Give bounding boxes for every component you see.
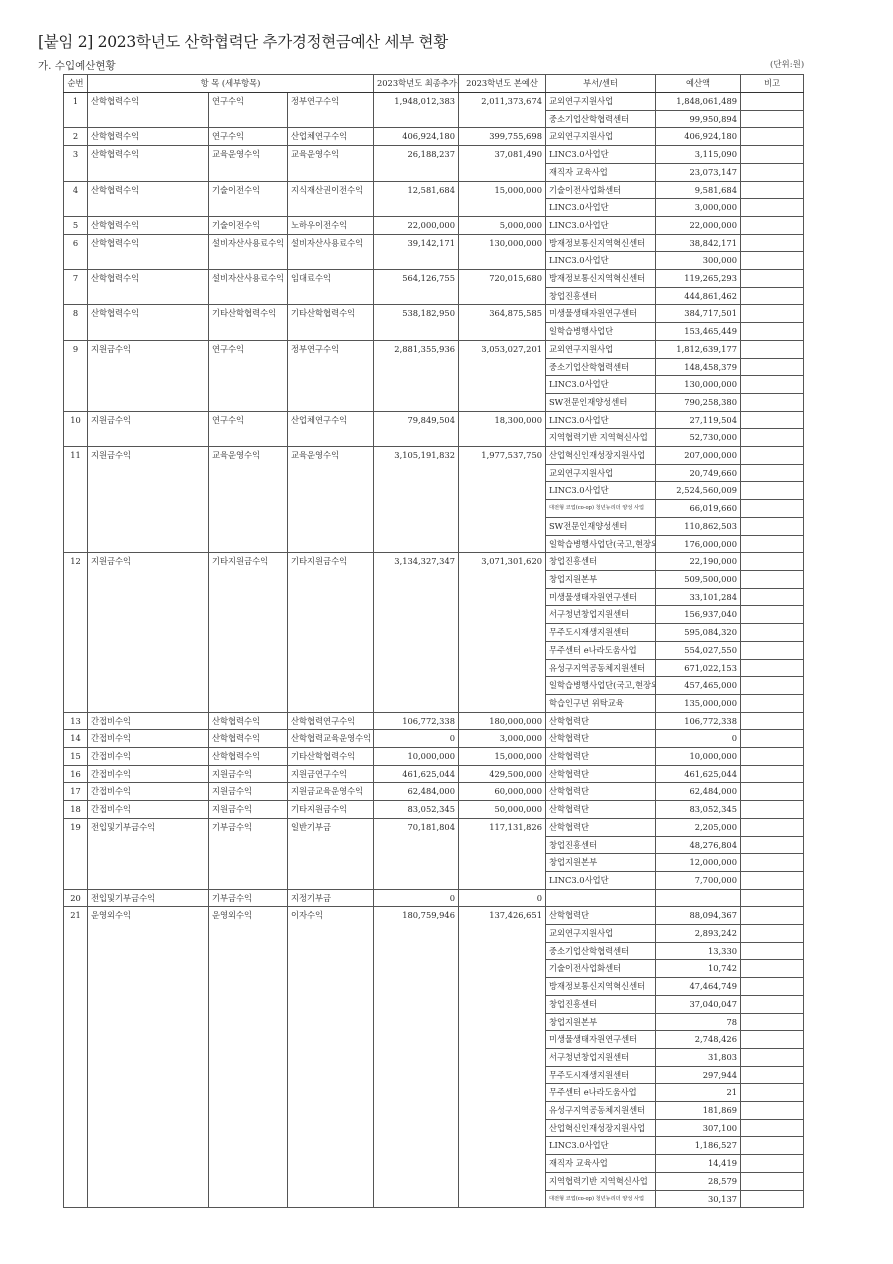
row-number: 18 [64, 801, 88, 819]
amount-cell: 31,803 [656, 1048, 741, 1066]
final-budget-cell: 70,181,804 [374, 818, 459, 889]
amount-cell: 12,000,000 [656, 854, 741, 872]
amount-cell: 38,842,171 [656, 234, 741, 252]
amount-cell: 28,579 [656, 1172, 741, 1190]
note-cell [741, 535, 804, 553]
detail-item-cell: 임대료수익 [288, 270, 374, 305]
amount-cell: 10,742 [656, 960, 741, 978]
dept-cell: SW전문인재양성센터 [546, 517, 656, 535]
dept-cell: 창업지원본부 [546, 1013, 656, 1031]
main-budget-cell: 60,000,000 [459, 783, 546, 801]
dept-cell: 산학협력단 [546, 748, 656, 766]
dept-cell: 산학협력단 [546, 818, 656, 836]
row-number: 6 [64, 234, 88, 269]
table-row: 12지원금수익기타지원금수익기타지원금수익3,134,327,3473,071,… [64, 553, 804, 571]
amount-cell: 3,115,090 [656, 146, 741, 164]
dept-cell: 교외연구지원사업 [546, 340, 656, 358]
amount-cell [656, 889, 741, 907]
final-budget-cell: 0 [374, 889, 459, 907]
category-cell: 지원금수익 [88, 447, 209, 553]
row-number: 11 [64, 447, 88, 553]
final-budget-cell: 12,581,684 [374, 181, 459, 216]
note-cell [741, 163, 804, 181]
main-budget-cell: 3,053,027,201 [459, 340, 546, 411]
amount-cell: 384,717,501 [656, 305, 741, 323]
category-cell: 간접비수익 [88, 801, 209, 819]
row-number: 10 [64, 411, 88, 446]
note-cell [741, 818, 804, 836]
final-budget-cell: 538,182,950 [374, 305, 459, 340]
amount-cell: 135,000,000 [656, 694, 741, 712]
category-cell: 간접비수익 [88, 748, 209, 766]
category-cell: 산학협력수익 [88, 93, 209, 128]
dept-cell: 무주도시재생지원센터 [546, 1066, 656, 1084]
category-cell: 산학협력수익 [88, 146, 209, 181]
table-row: 4산학협력수익기술이전수익지식재산권이전수익12,581,68415,000,0… [64, 181, 804, 199]
detail-item-cell: 설비자산사용료수익 [288, 234, 374, 269]
dept-cell: 미생물생태자원연구센터 [546, 1031, 656, 1049]
amount-cell: 509,500,000 [656, 570, 741, 588]
note-cell [741, 1119, 804, 1137]
dept-cell: 산학협력단 [546, 907, 656, 925]
row-number: 14 [64, 730, 88, 748]
detail-item-cell: 기타지원금수익 [288, 553, 374, 712]
subcategory-cell: 산학협력수익 [209, 748, 288, 766]
note-cell [741, 641, 804, 659]
main-budget-cell: 2,011,373,674 [459, 93, 546, 128]
dept-cell: 중소기업산학협력센터 [546, 942, 656, 960]
note-cell [741, 1084, 804, 1102]
main-budget-cell: 429,500,000 [459, 765, 546, 783]
table-row: 10지원금수익연구수익산업체연구수익79,849,50418,300,000LI… [64, 411, 804, 429]
row-number: 4 [64, 181, 88, 216]
dept-cell [546, 889, 656, 907]
final-budget-cell: 0 [374, 730, 459, 748]
dept-cell: 산학협력단 [546, 801, 656, 819]
note-cell [741, 358, 804, 376]
dept-cell: 재직자 교육사업 [546, 1155, 656, 1173]
detail-item-cell: 교육운영수익 [288, 146, 374, 181]
amount-cell: 1,812,639,177 [656, 340, 741, 358]
table-row: 13간접비수익산학협력수익산학협력연구수익106,772,338180,000,… [64, 712, 804, 730]
main-budget-cell: 15,000,000 [459, 181, 546, 216]
dept-cell: 창업지원본부 [546, 570, 656, 588]
final-budget-cell: 62,484,000 [374, 783, 459, 801]
detail-item-cell: 이자수익 [288, 907, 374, 1208]
dept-cell: 중소기업산학협력센터 [546, 358, 656, 376]
amount-cell: 554,027,550 [656, 641, 741, 659]
row-number: 17 [64, 783, 88, 801]
final-budget-cell: 3,105,191,832 [374, 447, 459, 553]
detail-item-cell: 지정기부금 [288, 889, 374, 907]
final-budget-cell: 3,134,327,347 [374, 553, 459, 712]
row-number: 13 [64, 712, 88, 730]
detail-item-cell: 산학협력교육운영수익 [288, 730, 374, 748]
final-budget-cell: 1,948,012,383 [374, 93, 459, 128]
subcategory-cell: 연구수익 [209, 411, 288, 446]
dept-cell: 산학협력단 [546, 783, 656, 801]
note-cell [741, 801, 804, 819]
note-cell [741, 1155, 804, 1173]
row-number: 21 [64, 907, 88, 1208]
subcategory-cell: 기술이전수익 [209, 181, 288, 216]
amount-cell: 27,119,504 [656, 411, 741, 429]
amount-cell: 153,465,449 [656, 323, 741, 341]
category-cell: 산학협력수익 [88, 234, 209, 269]
note-cell [741, 429, 804, 447]
dept-cell: LINC3.0사업단 [546, 376, 656, 394]
note-cell [741, 659, 804, 677]
subcategory-cell: 기타지원금수익 [209, 553, 288, 712]
row-number: 3 [64, 146, 88, 181]
amount-cell: 457,465,000 [656, 677, 741, 695]
row-number: 16 [64, 765, 88, 783]
table-row: 21운영외수익운영외수익이자수익180,759,946137,426,651산학… [64, 907, 804, 925]
note-cell [741, 694, 804, 712]
note-cell [741, 871, 804, 889]
note-cell [741, 588, 804, 606]
main-budget-cell: 399,755,698 [459, 128, 546, 146]
subcategory-cell: 지원금수익 [209, 783, 288, 801]
table-row: 18간접비수익지원금수익기타지원금수익83,052,34550,000,000산… [64, 801, 804, 819]
note-cell [741, 287, 804, 305]
table-row: 1산학협력수익연구수익정부연구수익1,948,012,3832,011,373,… [64, 93, 804, 111]
note-cell [741, 234, 804, 252]
note-cell [741, 765, 804, 783]
section-subtitle: 가. 수입예산현황 [38, 58, 116, 73]
dept-cell: 방재정보통신지역혁신센터 [546, 978, 656, 996]
main-budget-cell: 15,000,000 [459, 748, 546, 766]
dept-cell: 무주도시재생지원센터 [546, 624, 656, 642]
header-amount: 예산액 [656, 75, 741, 93]
note-cell [741, 447, 804, 465]
row-number: 2 [64, 128, 88, 146]
final-budget-cell: 10,000,000 [374, 748, 459, 766]
note-cell [741, 730, 804, 748]
detail-item-cell: 일반기부금 [288, 818, 374, 889]
note-cell [741, 128, 804, 146]
dept-cell: 지역협력기반 지역혁신사업 [546, 429, 656, 447]
amount-cell: 83,052,345 [656, 801, 741, 819]
amount-cell: 9,581,684 [656, 181, 741, 199]
row-number: 1 [64, 93, 88, 128]
detail-item-cell: 정부연구수익 [288, 93, 374, 128]
amount-cell: 119,265,293 [656, 270, 741, 288]
note-cell [741, 517, 804, 535]
note-cell [741, 960, 804, 978]
category-cell: 전입및기부금수익 [88, 818, 209, 889]
amount-cell: 33,101,284 [656, 588, 741, 606]
subcategory-cell: 연구수익 [209, 93, 288, 128]
amount-cell: 48,276,804 [656, 836, 741, 854]
dept-cell: 일학습병행사업단(국고,현장외) [546, 535, 656, 553]
unit-label: (단위:원) [770, 58, 804, 70]
note-cell [741, 110, 804, 128]
dept-cell: LINC3.0사업단 [546, 1137, 656, 1155]
subcategory-cell: 교육운영수익 [209, 146, 288, 181]
dept-cell: 학습인구년 위탁교육 [546, 694, 656, 712]
note-cell [741, 393, 804, 411]
detail-item-cell: 산업체연구수익 [288, 411, 374, 446]
dept-cell: 서구청년창업지원센터 [546, 606, 656, 624]
amount-cell: 22,000,000 [656, 216, 741, 234]
subcategory-cell: 기타산학협력수익 [209, 305, 288, 340]
note-cell [741, 500, 804, 518]
detail-item-cell: 지원금교육운영수익 [288, 783, 374, 801]
final-budget-cell: 39,142,171 [374, 234, 459, 269]
note-cell [741, 889, 804, 907]
subcategory-cell: 기부금수익 [209, 889, 288, 907]
amount-cell: 2,205,000 [656, 818, 741, 836]
dept-cell: 미생물생태자원연구센터 [546, 588, 656, 606]
dept-cell: LINC3.0사업단 [546, 216, 656, 234]
main-budget-cell: 0 [459, 889, 546, 907]
category-cell: 간접비수익 [88, 730, 209, 748]
amount-cell: 595,084,320 [656, 624, 741, 642]
note-cell [741, 712, 804, 730]
dept-cell: 산학협력단 [546, 712, 656, 730]
category-cell: 산학협력수익 [88, 270, 209, 305]
category-cell: 운영외수익 [88, 907, 209, 1208]
note-cell [741, 570, 804, 588]
dept-cell: 무주센터 e나라도움사업 [546, 1084, 656, 1102]
note-cell [741, 464, 804, 482]
amount-cell: 110,862,503 [656, 517, 741, 535]
amount-cell: 130,000,000 [656, 376, 741, 394]
category-cell: 간접비수익 [88, 712, 209, 730]
main-budget-cell: 5,000,000 [459, 216, 546, 234]
table-row: 17간접비수익지원금수익지원금교육운영수익62,484,00060,000,00… [64, 783, 804, 801]
header-item: 항 목 (세부항목) [88, 75, 374, 93]
final-budget-cell: 79,849,504 [374, 411, 459, 446]
note-cell [741, 323, 804, 341]
dept-cell: 유성구지역공동체지원센터 [546, 659, 656, 677]
amount-cell: 444,861,462 [656, 287, 741, 305]
table-header-row: 순번 항 목 (세부항목) 2023학년도 최종추가경정예산 2023학년도 본… [64, 75, 804, 93]
main-budget-cell: 50,000,000 [459, 801, 546, 819]
final-budget-cell: 2,881,355,936 [374, 340, 459, 411]
dept-cell: 유성구지역공동체지원센터 [546, 1102, 656, 1120]
note-cell [741, 1013, 804, 1031]
amount-cell: 1,848,061,489 [656, 93, 741, 111]
detail-item-cell: 기타산학협력수익 [288, 748, 374, 766]
dept-cell: 미생물생태자원연구센터 [546, 305, 656, 323]
dept-cell: 기술이전사업화센터 [546, 960, 656, 978]
amount-cell: 148,458,379 [656, 358, 741, 376]
table-row: 20전입및기부금수익기부금수익지정기부금00 [64, 889, 804, 907]
subcategory-cell: 기술이전수익 [209, 216, 288, 234]
note-cell [741, 553, 804, 571]
subcategory-cell: 지원금수익 [209, 801, 288, 819]
note-cell [741, 1066, 804, 1084]
row-number: 15 [64, 748, 88, 766]
category-cell: 간접비수익 [88, 765, 209, 783]
main-budget-cell: 130,000,000 [459, 234, 546, 269]
dept-cell: 지역협력기반 지역혁신사업 [546, 1172, 656, 1190]
dept-cell: 중소기업산학협력센터 [546, 110, 656, 128]
row-number: 5 [64, 216, 88, 234]
table-row: 15간접비수익산학협력수익기타산학협력수익10,000,00015,000,00… [64, 748, 804, 766]
main-budget-cell: 720,015,680 [459, 270, 546, 305]
amount-cell: 0 [656, 730, 741, 748]
note-cell [741, 783, 804, 801]
dept-cell: 산업혁신인재성장지원사업 [546, 447, 656, 465]
amount-cell: 671,022,153 [656, 659, 741, 677]
amount-cell: 23,073,147 [656, 163, 741, 181]
dept-cell: LINC3.0사업단 [546, 871, 656, 889]
category-cell: 산학협력수익 [88, 181, 209, 216]
dept-cell: 산업혁신인재성장지원사업 [546, 1119, 656, 1137]
note-cell [741, 199, 804, 217]
subcategory-cell: 연구수익 [209, 128, 288, 146]
amount-cell: 13,330 [656, 942, 741, 960]
detail-item-cell: 정부연구수익 [288, 340, 374, 411]
dept-cell: 창업진흥센터 [546, 287, 656, 305]
note-cell [741, 1031, 804, 1049]
note-cell [741, 270, 804, 288]
dept-cell: LINC3.0사업단 [546, 482, 656, 500]
row-number: 20 [64, 889, 88, 907]
dept-cell: 교외연구지원사업 [546, 464, 656, 482]
note-cell [741, 1048, 804, 1066]
note-cell [741, 925, 804, 943]
dept-cell: 교외연구지원사업 [546, 128, 656, 146]
detail-item-cell: 기타지원금수익 [288, 801, 374, 819]
amount-cell: 181,869 [656, 1102, 741, 1120]
subcategory-cell: 지원금수익 [209, 765, 288, 783]
revenue-budget-table: 순번 항 목 (세부항목) 2023학년도 최종추가경정예산 2023학년도 본… [63, 74, 804, 1208]
category-cell: 산학협력수익 [88, 305, 209, 340]
amount-cell: 2,893,242 [656, 925, 741, 943]
table-row: 19전입및기부금수익기부금수익일반기부금70,181,804117,131,82… [64, 818, 804, 836]
note-cell [741, 216, 804, 234]
table-row: 7산학협력수익설비자산사용료수익임대료수익564,126,755720,015,… [64, 270, 804, 288]
header-dept: 부서/센터 [546, 75, 656, 93]
note-cell [741, 978, 804, 996]
final-budget-cell: 461,625,044 [374, 765, 459, 783]
amount-cell: 156,937,040 [656, 606, 741, 624]
amount-cell: 78 [656, 1013, 741, 1031]
final-budget-cell: 180,759,946 [374, 907, 459, 1208]
dept-cell: 교외연구지원사업 [546, 93, 656, 111]
amount-cell: 10,000,000 [656, 748, 741, 766]
dept-cell: LINC3.0사업단 [546, 252, 656, 270]
category-cell: 산학협력수익 [88, 128, 209, 146]
amount-cell: 14,419 [656, 1155, 741, 1173]
row-number: 19 [64, 818, 88, 889]
dept-cell: 방재정보통신지역혁신센터 [546, 270, 656, 288]
note-cell [741, 305, 804, 323]
subcategory-cell: 교육운영수익 [209, 447, 288, 553]
amount-cell: 62,484,000 [656, 783, 741, 801]
amount-cell: 106,772,338 [656, 712, 741, 730]
detail-item-cell: 기타산학협력수익 [288, 305, 374, 340]
amount-cell: 37,040,047 [656, 995, 741, 1013]
dept-cell: 창업진흥센터 [546, 836, 656, 854]
dept-cell: 서구청년창업지원센터 [546, 1048, 656, 1066]
table-row: 11지원금수익교육운영수익교육운영수익3,105,191,8321,977,53… [64, 447, 804, 465]
note-cell [741, 1137, 804, 1155]
table-row: 9지원금수익연구수익정부연구수익2,881,355,9363,053,027,2… [64, 340, 804, 358]
main-budget-cell: 18,300,000 [459, 411, 546, 446]
detail-item-cell: 산학협력연구수익 [288, 712, 374, 730]
detail-item-cell: 지원금연구수익 [288, 765, 374, 783]
detail-item-cell: 교육운영수익 [288, 447, 374, 553]
dept-cell: 창업진흥센터 [546, 553, 656, 571]
amount-cell: 22,190,000 [656, 553, 741, 571]
subcategory-cell: 기부금수익 [209, 818, 288, 889]
dept-cell: 기술이전사업화센터 [546, 181, 656, 199]
note-cell [741, 482, 804, 500]
note-cell [741, 1172, 804, 1190]
subcategory-cell: 설비자산사용료수익 [209, 234, 288, 269]
header-main-budget: 2023학년도 본예산 [459, 75, 546, 93]
final-budget-cell: 406,924,180 [374, 128, 459, 146]
category-cell: 간접비수익 [88, 783, 209, 801]
table-row: 5산학협력수익기술이전수익노하우이전수익22,000,0005,000,000L… [64, 216, 804, 234]
table-row: 2산학협력수익연구수익산업체연구수익406,924,180399,755,698… [64, 128, 804, 146]
amount-cell: 88,094,367 [656, 907, 741, 925]
note-cell [741, 411, 804, 429]
detail-item-cell: 노하우이전수익 [288, 216, 374, 234]
table-row: 14간접비수익산학협력수익산학협력교육운영수익03,000,000산학협력단0 [64, 730, 804, 748]
subcategory-cell: 산학협력수익 [209, 712, 288, 730]
main-budget-cell: 1,977,537,750 [459, 447, 546, 553]
note-cell [741, 854, 804, 872]
table-row: 3산학협력수익교육운영수익교육운영수익26,188,23737,081,490L… [64, 146, 804, 164]
note-cell [741, 340, 804, 358]
category-cell: 전입및기부금수익 [88, 889, 209, 907]
dept-cell: SW전문인재양성센터 [546, 393, 656, 411]
category-cell: 지원금수익 [88, 340, 209, 411]
note-cell [741, 624, 804, 642]
final-budget-cell: 26,188,237 [374, 146, 459, 181]
note-cell [741, 907, 804, 925]
note-cell [741, 146, 804, 164]
dept-cell: 창업진흥센터 [546, 995, 656, 1013]
note-cell [741, 606, 804, 624]
subcategory-cell: 산학협력수익 [209, 730, 288, 748]
dept-cell: 무주센터 e나라도움사업 [546, 641, 656, 659]
table-row: 6산학협력수익설비자산사용료수익설비자산사용료수익39,142,171130,0… [64, 234, 804, 252]
category-cell: 지원금수익 [88, 411, 209, 446]
note-cell [741, 93, 804, 111]
main-budget-cell: 137,426,651 [459, 907, 546, 1208]
amount-cell: 99,950,894 [656, 110, 741, 128]
dept-cell: 교외연구지원사업 [546, 925, 656, 943]
amount-cell: 406,924,180 [656, 128, 741, 146]
dept-cell: 대전형 코업(co-op) 청년뉴리더 양성 사업 [546, 1190, 656, 1208]
amount-cell: 30,137 [656, 1190, 741, 1208]
table-body: 1산학협력수익연구수익정부연구수익1,948,012,3832,011,373,… [64, 93, 804, 1208]
amount-cell: 1,186,527 [656, 1137, 741, 1155]
subcategory-cell: 운영외수익 [209, 907, 288, 1208]
note-cell [741, 376, 804, 394]
main-budget-cell: 180,000,000 [459, 712, 546, 730]
note-cell [741, 181, 804, 199]
amount-cell: 461,625,044 [656, 765, 741, 783]
dept-cell: 재직자 교육사업 [546, 163, 656, 181]
final-budget-cell: 106,772,338 [374, 712, 459, 730]
dept-cell: 창업지원본부 [546, 854, 656, 872]
detail-item-cell: 산업체연구수익 [288, 128, 374, 146]
row-number: 7 [64, 270, 88, 305]
note-cell [741, 995, 804, 1013]
amount-cell: 207,000,000 [656, 447, 741, 465]
amount-cell: 2,748,426 [656, 1031, 741, 1049]
subcategory-cell: 연구수익 [209, 340, 288, 411]
amount-cell: 3,000,000 [656, 199, 741, 217]
